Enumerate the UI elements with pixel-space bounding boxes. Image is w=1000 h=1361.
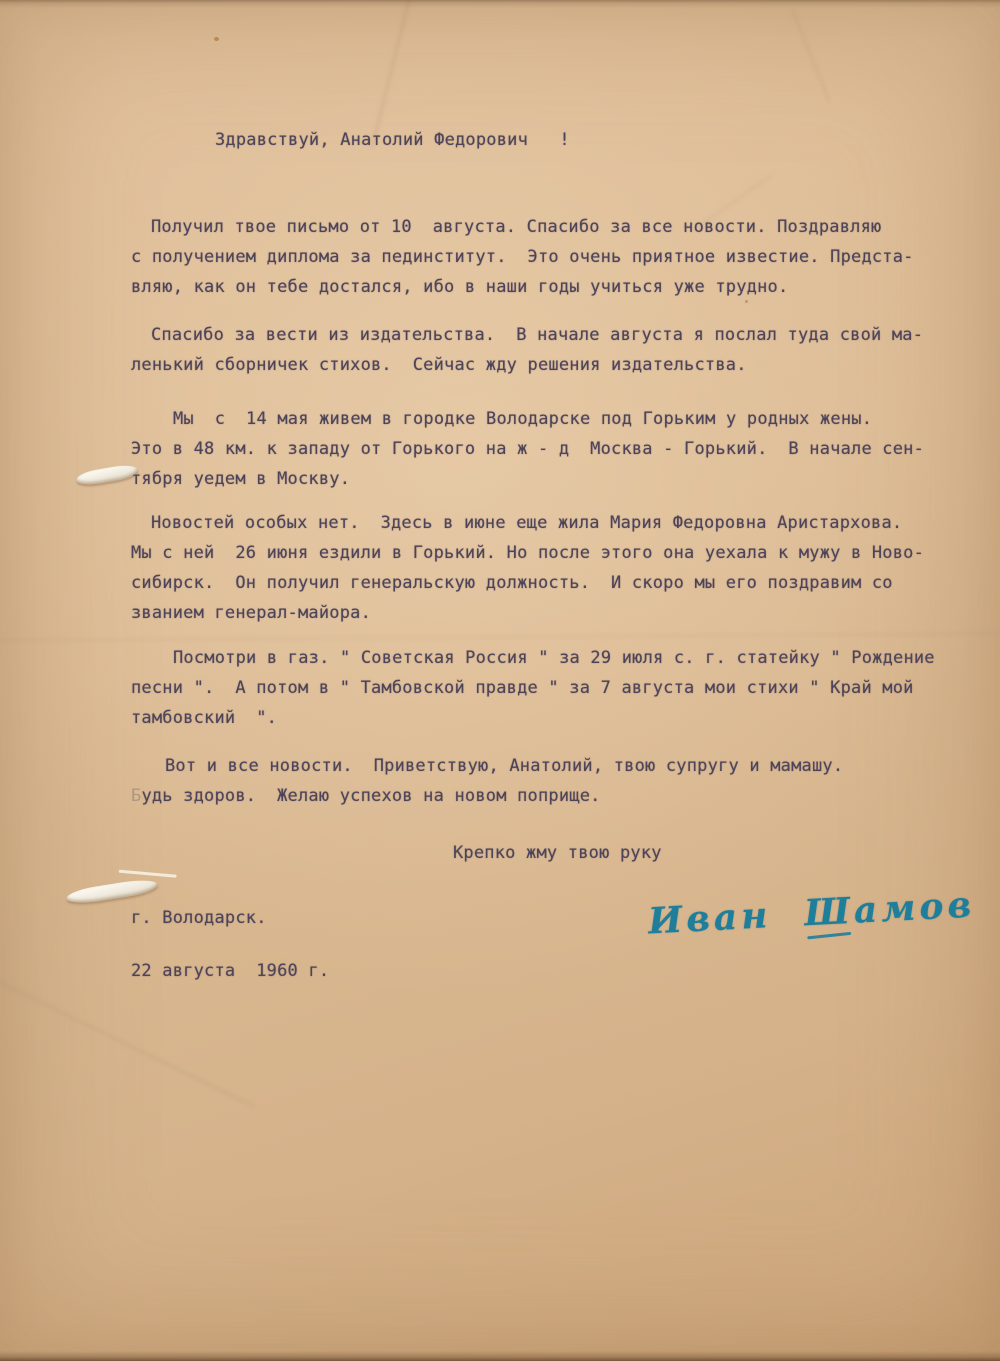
paragraph: Получил твое письмо от 10 августа. Спаси…: [131, 212, 946, 302]
paragraph-line: Посмотри в газ. " Советская Россия " за …: [131, 643, 946, 673]
paragraph-line: Мы с ней 26 июня ездили в Горький. Но по…: [131, 538, 946, 568]
paragraph-line: с получением диплома за пединститут. Это…: [131, 242, 946, 272]
paragraph-line: Получил твое письмо от 10 августа. Спаси…: [131, 212, 946, 242]
closing-line: Крепко жму твою руку: [453, 838, 946, 868]
paragraph: Посмотри в газ. " Советская Россия " за …: [131, 643, 946, 733]
letter-body: Получил твое письмо от 10 августа. Спаси…: [131, 212, 946, 986]
paragraph-line: Спасибо за вести из издательства. В нача…: [131, 320, 946, 350]
paragraph-line: званием генерал-майора.: [131, 598, 946, 628]
paper-crease: [791, 9, 830, 102]
paragraph-line: Новостей особых нет. Здесь в июне еще жи…: [131, 508, 946, 538]
paragraph-line: Вот и все новости. Приветствую, Анатолий…: [131, 751, 946, 781]
paper-tear: [75, 463, 138, 488]
salutation: Здравствуй, Анатолий Федорович !: [215, 125, 570, 155]
paragraph: Мы с 14 мая живем в городке Володарске п…: [131, 404, 946, 494]
letter-page: Здравствуй, Анатолий Федорович ! Получил…: [0, 0, 1000, 1361]
date-line: 22 августа 1960 г.: [131, 956, 946, 986]
paper-crease: [0, 974, 255, 1107]
signature-first-name: Иван: [647, 894, 772, 942]
paragraph-line: Это в 48 км. к западу от Горького на ж -…: [131, 434, 946, 464]
paragraph-line: ленький сборничек стихов. Сейчас жду реш…: [131, 350, 946, 380]
letter-photo: Здравствуй, Анатолий Федорович ! Получил…: [0, 0, 1000, 1361]
paragraph-line: сибирск. Он получил генеральскую должнос…: [131, 568, 946, 598]
paragraph-line: песни ". А потом в " Тамбовской правде "…: [131, 673, 946, 703]
paragraph-line: тября уедем в Москву.: [131, 464, 946, 494]
paper-speck: [214, 37, 219, 41]
paragraph: Спасибо за вести из издательства. В нача…: [131, 320, 946, 380]
paragraph: Вот и все новости. Приветствую, Анатолий…: [131, 751, 946, 811]
paragraph-line: тамбовский ".: [131, 703, 946, 733]
paragraph-line: Мы с 14 мая живем в городке Володарске п…: [131, 404, 946, 434]
paragraph-line: Будь здоров. Желаю успехов на новом попр…: [131, 781, 946, 811]
paragraph-line: вляю, как он тебе достался, ибо в наши г…: [131, 272, 946, 302]
signature-last-name: Шамов: [803, 883, 976, 934]
paragraph: Новостей особых нет. Здесь в июне еще жи…: [131, 508, 946, 628]
